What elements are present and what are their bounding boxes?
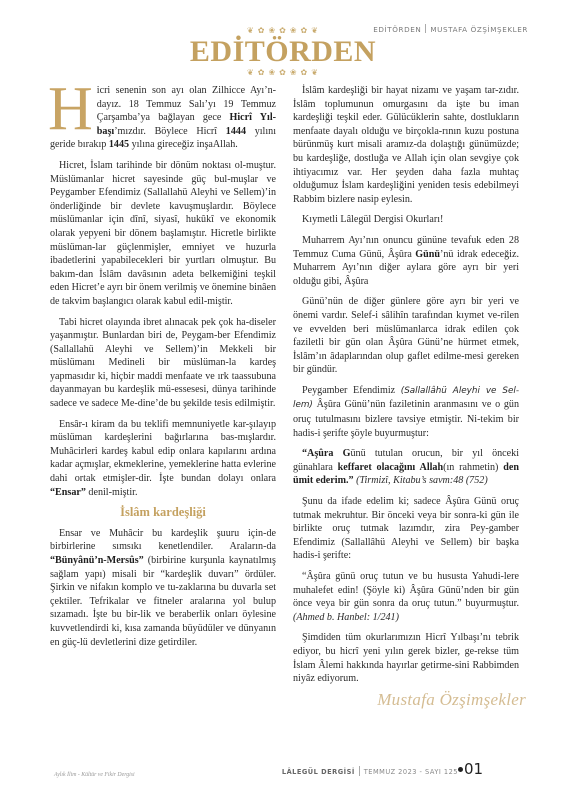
paragraph: İslâm kardeşliği bir hayat nizamı ve yaş… (293, 84, 519, 206)
bold-text: “Aşûra G (302, 448, 350, 459)
text: Âşûra Günü’nün faziletinin aranmasını ve… (293, 399, 519, 438)
page-title: EDİTÖRDEN (0, 37, 566, 67)
title-block: ❦ ✿ ❀ ✿ ❀ ✿ ❦ EDİTÖRDEN ❦ ✿ ❀ ✿ ❀ ✿ ❦ (0, 26, 566, 78)
right-column: İslâm kardeşliği bir hayat nizamı ve yaş… (293, 84, 519, 693)
paragraph: Muharrem Ayı’nın onuncu gününe tevafuk e… (293, 234, 519, 288)
footer-tagline: Aylık İlim - Kültür ve Fikir Dergisi (54, 772, 135, 778)
drop-cap: H (48, 86, 93, 132)
issue-info: TEMMUZ 2023 - SAYI 125 (364, 768, 458, 776)
signature: Mustafa Özşimşekler (377, 690, 526, 710)
paragraph: Günü’nün de diğer günlere göre ayrı bir … (293, 295, 519, 377)
citation: (Tirmizî, Kitabu’s savm:48 (752) (354, 475, 488, 486)
paragraph: Şimdiden tüm okurlarımızın Hicrî Yılbaşı… (293, 631, 519, 685)
text: Ensâr-ı kiram da bu teklifi memnuniyetle… (50, 419, 276, 484)
paragraph: Peygamber Efendimiz (Sallallâhü Aleyhi v… (293, 384, 519, 440)
quote: “Âşûra günü oruç tutun ve bu hususta Yah… (293, 570, 519, 624)
text: “Âşûra günü oruç tutun ve bu hususta Yah… (293, 571, 519, 609)
bullet-icon (458, 767, 463, 772)
paragraph: Ensar ve Muhâcir bu kardeşlik şuuru için… (50, 527, 276, 649)
subheading: İslâm kardeşliği (50, 506, 276, 520)
text: denil-miştir. (86, 487, 138, 498)
paragraph: Hicret, İslam tarihinde bir dönüm noktas… (50, 159, 276, 309)
text: yılına gireceğiz inşaAllah. (129, 139, 238, 150)
divider (359, 766, 360, 776)
magazine-name: LÂLEGÜL DERGİSİ (282, 768, 355, 776)
bold-text: Günü (415, 249, 440, 260)
text: ’mızdır. Böylece Hicrî (114, 126, 226, 137)
page-number: 01 (458, 760, 483, 778)
bold-text: 1444 (226, 126, 246, 137)
citation: (Ahmed b. Hanbel: 1/241) (293, 612, 399, 623)
text: Ensar ve Muhâcir bu kardeşlik şuuru için… (50, 528, 276, 553)
bold-text: “Ensar” (50, 487, 86, 498)
text: Peygamber Efendimiz (302, 385, 401, 396)
paragraph: Ensâr-ı kiram da bu teklifi memnuniyetle… (50, 418, 276, 500)
footer-info: LÂLEGÜL DERGİSİTEMMUZ 2023 - SAYI 125 (282, 766, 458, 776)
text: (birbirine kurşunla kaynatılmış sağlam y… (50, 555, 276, 648)
text: (ın rahmetin) (443, 462, 503, 473)
paragraph: Hicri senenin son ayı olan Zilhicce Ayı’… (50, 84, 276, 152)
left-column: Hicri senenin son ayı olan Zilhicce Ayı’… (50, 84, 276, 656)
bold-text: “Bünyânü’n-Mersûs” (50, 555, 144, 566)
paragraph: Tabi hicret olayında ibret alınacak pek … (50, 316, 276, 411)
paragraph: Şunu da ifade edelim ki; sadece Âşûra Gü… (293, 495, 519, 563)
bold-text: keffaret olacağını Allah (338, 462, 443, 473)
quote: “Aşûra Günü tutulan orucun, bir yıl önce… (293, 447, 519, 488)
paragraph: Kıymetli Lâlegül Dergisi Okurları! (293, 213, 519, 227)
page-number-text: 01 (464, 760, 483, 778)
bold-text: 1445 (109, 139, 129, 150)
